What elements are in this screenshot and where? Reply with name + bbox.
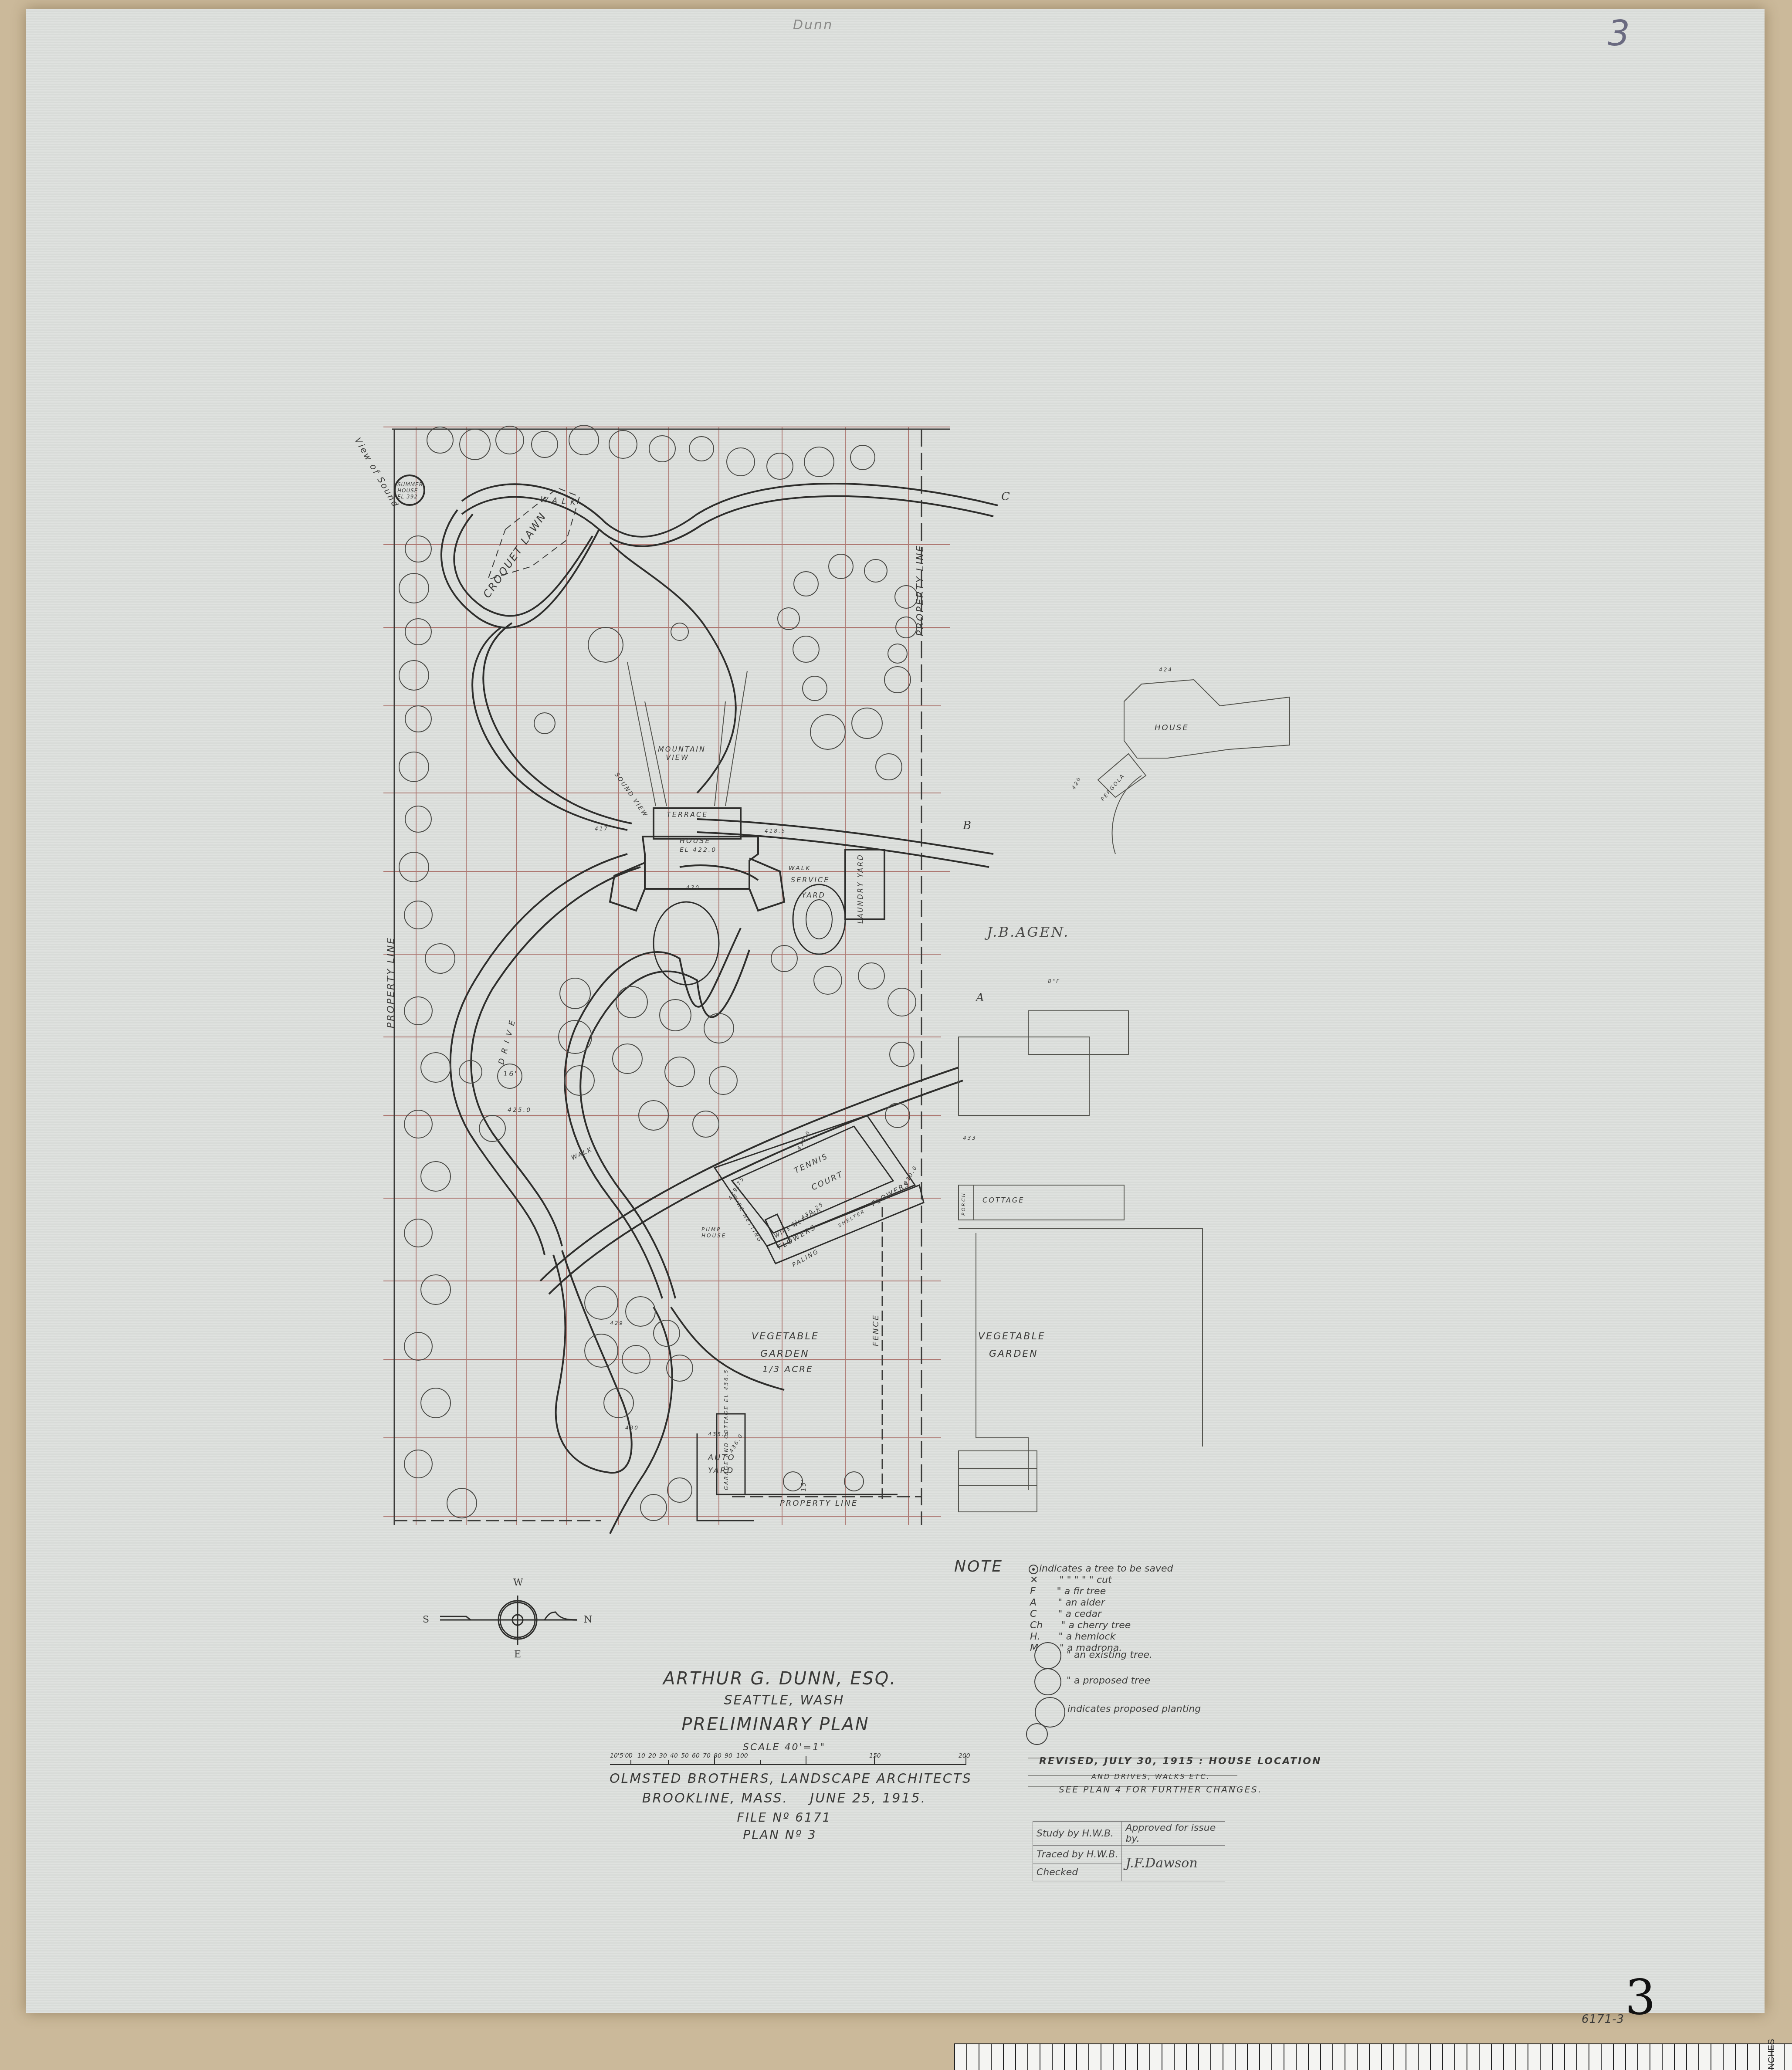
label-elev-430: 430: [625, 1425, 639, 1431]
legend-item: Ch " a cherry tree: [1030, 1620, 1131, 1631]
label-neighbor-owner: J.B.AGEN.: [987, 924, 1069, 940]
checked-cell: Checked: [1033, 1863, 1122, 1881]
label-auto-yard: AUTO: [708, 1453, 735, 1462]
corner-mark: 3: [1608, 13, 1631, 54]
compass-east: E: [514, 1649, 522, 1660]
label-house: HOUSE: [680, 837, 711, 845]
label-auto-yard-2: YARD: [708, 1466, 734, 1475]
label-elev-417: 417: [595, 826, 609, 832]
signature-cell: J.F.Dawson: [1122, 1846, 1225, 1881]
study-by-cell: Study by H.W.B.: [1033, 1822, 1122, 1846]
label-neighbor-veg-garden-2: GARDEN: [989, 1348, 1038, 1359]
label-garage-cottage: GARAGE AND COTTAGE EL 436.5: [723, 1369, 729, 1490]
title-scale: SCALE 40'=1": [743, 1742, 826, 1753]
label-property-line-south: PROPERTY LINE: [780, 1499, 858, 1508]
revision-line-2: AND DRIVES, WALKS ETC.: [1091, 1772, 1210, 1781]
approved-cell: Approved for issue by.: [1122, 1822, 1225, 1846]
title-firm: OLMSTED BROTHERS, LANDSCAPE ARCHITECTS: [610, 1771, 972, 1786]
legend-item: A " an alder: [1030, 1597, 1105, 1608]
label-porch: PORCH: [961, 1192, 966, 1216]
traced-by-cell: Traced by H.W.B.: [1033, 1846, 1122, 1863]
label-vegetable-garden-area: 1/3 ACRE: [762, 1364, 813, 1374]
label-point-b: B: [963, 819, 972, 832]
neighbor-buildings: [959, 680, 1290, 1512]
label-cottage: COTTAGE: [982, 1196, 1024, 1204]
compass-rose-icon: [440, 1596, 577, 1645]
label-setback: 15': [800, 1478, 807, 1492]
legend-item: C " a cedar: [1030, 1609, 1101, 1619]
label-fence: FENCE: [871, 1314, 881, 1346]
legend-item: F " a fir tree: [1030, 1586, 1106, 1597]
label-point-a: A: [976, 991, 986, 1004]
top-scribble: Dunn: [793, 17, 833, 33]
legend-item: indicates a tree to be saved: [1030, 1563, 1173, 1574]
label-neighbor-house: HOUSE: [1155, 723, 1189, 732]
label-house-elevation: EL 422.0: [680, 847, 717, 854]
main-house-outline: [610, 808, 884, 919]
forecourt-island: [654, 902, 719, 985]
compass-north: N: [584, 1614, 593, 1625]
label-elev-420: 420: [686, 884, 700, 891]
compass-west: W: [513, 1577, 525, 1588]
label-tree-8f: 8"F: [1048, 978, 1060, 984]
legend-item: H. " a hemlock: [1030, 1631, 1115, 1642]
ruler-label: INCHES: [1767, 2039, 1777, 2070]
label-vegetable-garden: VEGETABLE: [752, 1331, 819, 1342]
label-point-c: C: [1001, 490, 1011, 503]
label-vegetable-garden-2: GARDEN: [760, 1348, 810, 1359]
label-elev-424: 424: [1159, 667, 1173, 673]
label-service-yard-2: YARD: [802, 891, 826, 899]
legend-item-existing-tree: " an existing tree.: [1067, 1650, 1152, 1660]
mountain-view-sightlines: [627, 662, 747, 806]
measuring-ruler: INCHES: [954, 2043, 1792, 2070]
label-pump-house: PUMP HOUSE: [701, 1226, 728, 1239]
title-city-date: BROOKLINE, MASS. JUNE 25, 1915.: [642, 1791, 926, 1806]
label-elev-433: 433: [963, 1135, 977, 1141]
legend-item: ✕ " " " " " cut: [1030, 1575, 1112, 1586]
label-property-line-east: PROPERTY LINE: [915, 545, 926, 636]
label-mountain-view: MOUNTAIN VIEW: [658, 745, 697, 762]
file-stamp: 6171-3: [1582, 2013, 1624, 2026]
compass-south: S: [423, 1614, 430, 1625]
revision-line-1: REVISED, JULY 30, 1915 : HOUSE LOCATION: [1039, 1756, 1321, 1767]
legend-item-proposed-planting: indicates proposed planting: [1067, 1704, 1201, 1714]
revision-line-3: SEE PLAN 4 FOR FURTHER CHANGES.: [1059, 1784, 1262, 1795]
label-drive-width: 16': [503, 1070, 518, 1078]
legend-item-proposed-tree: " a proposed tree: [1067, 1675, 1150, 1686]
title-plan-title: PRELIMINARY PLAN: [681, 1714, 870, 1735]
title-location: SEATTLE, WASH: [724, 1693, 844, 1708]
scale-tick-labels: 10'5'0' 0 10 20 30 40 50 60 70 80 90 100…: [610, 1752, 967, 1760]
label-neighbor-veg-garden: VEGETABLE: [978, 1331, 1046, 1342]
label-property-line-west: PROPERTY LINE: [386, 937, 396, 1028]
title-file-no: FILE Nº 6171: [737, 1810, 832, 1825]
label-elev-4185: 418.5: [765, 828, 786, 834]
title-client: ARTHUR G. DUNN, ESQ.: [663, 1669, 897, 1689]
title-plan-no: PLAN Nº 3: [743, 1828, 816, 1842]
label-terrace: TERRACE: [667, 810, 708, 819]
signoff-table: Study by H.W.B.Approved for issue by. Tr…: [1033, 1821, 1225, 1881]
label-walk-service: WALK: [789, 865, 811, 872]
label-service-yard: SERVICE: [791, 876, 830, 884]
plan-number-large: 3: [1625, 1969, 1657, 2025]
label-elev-425: 425.0: [508, 1107, 532, 1114]
label-laundry-yard: LAUNDRY YARD: [856, 854, 864, 924]
label-summer-house: SUMMER HOUSE EL 392: [397, 481, 423, 500]
label-elev-429: 429: [610, 1320, 624, 1326]
legend-heading: NOTE: [954, 1558, 1003, 1575]
